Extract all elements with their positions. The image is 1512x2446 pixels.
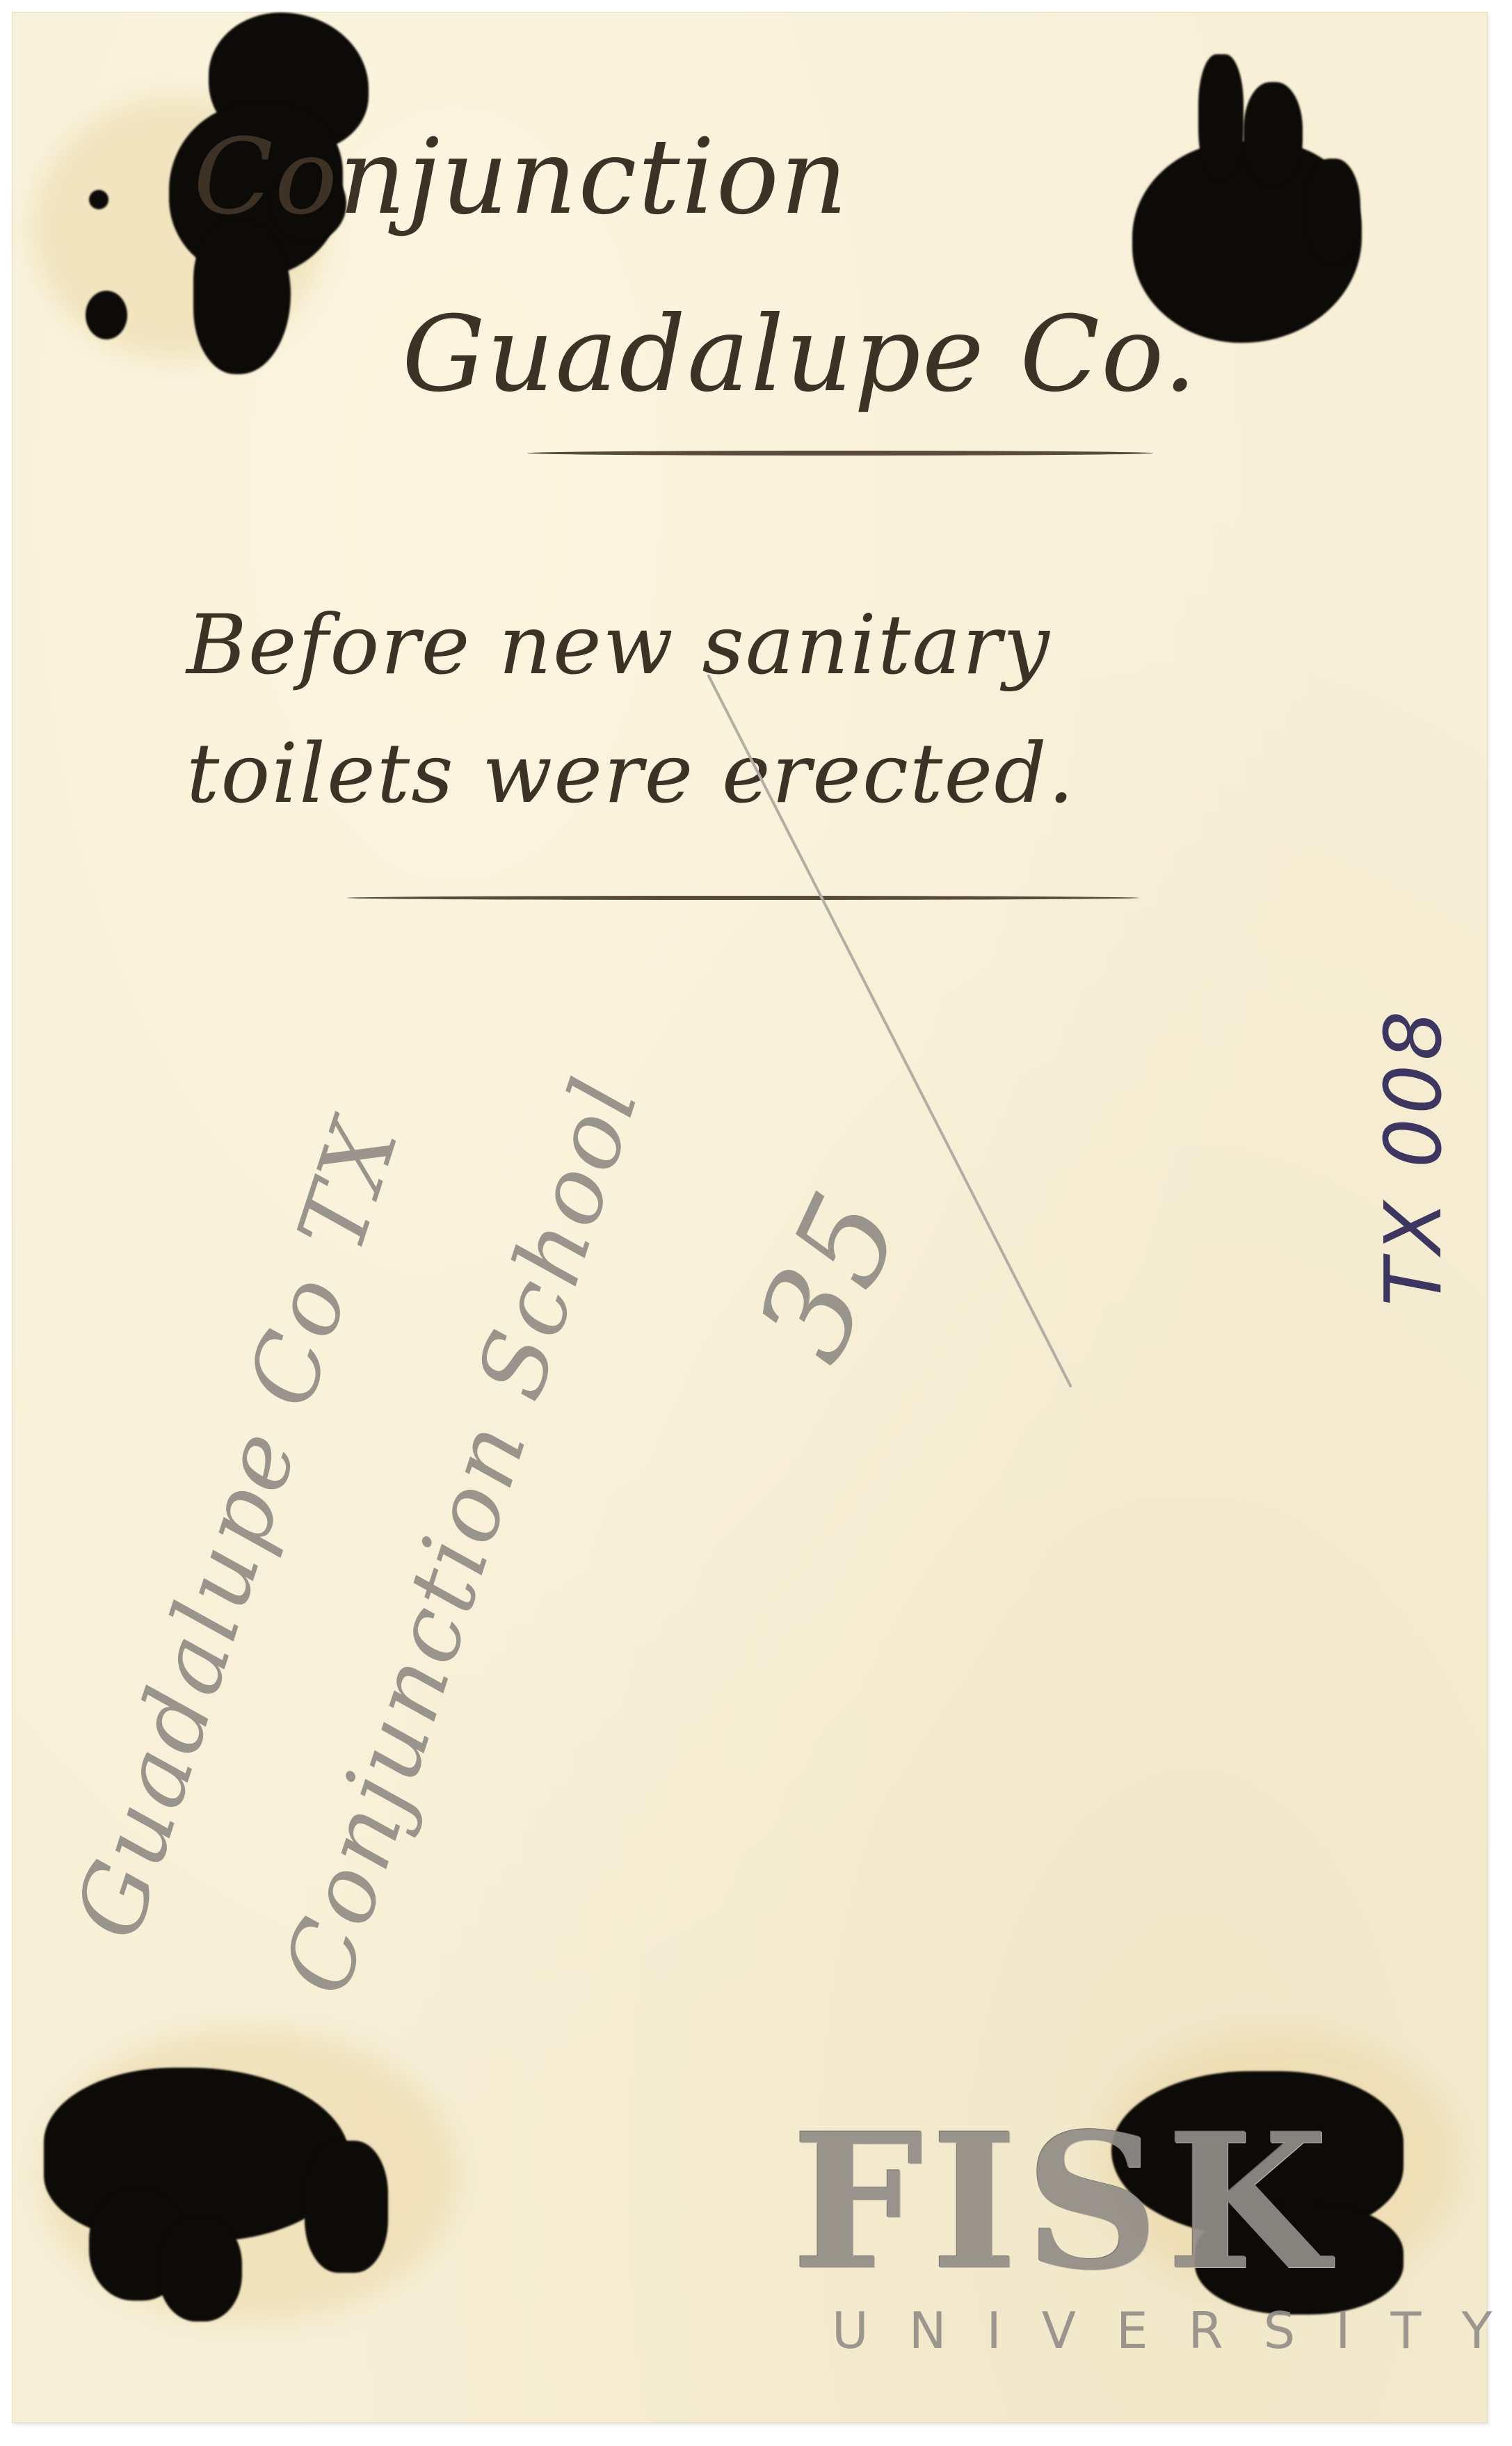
handwritten-title-county: Guadalupe Co. xyxy=(402,294,1198,415)
catalog-number: TX 008 xyxy=(1369,1006,1459,1306)
fisk-university-watermark: FISK UNIVERSITY xyxy=(791,2109,1320,2360)
photo-card-back: Conjunction Guadalupe Co. Before new san… xyxy=(13,13,1487,2422)
watermark-subtitle: UNIVERSITY xyxy=(791,2301,1320,2360)
handwritten-note-line2: toilets were erected. xyxy=(186,725,1075,821)
handwritten-note-line1: Before new sanitary xyxy=(186,597,1051,693)
pencil-number: 35 xyxy=(729,1170,931,1381)
handwritten-title-school: Conjunction xyxy=(193,117,849,238)
watermark-title: FISK xyxy=(791,2109,1320,2296)
note-underline xyxy=(346,896,1139,900)
title-underline xyxy=(527,451,1153,456)
